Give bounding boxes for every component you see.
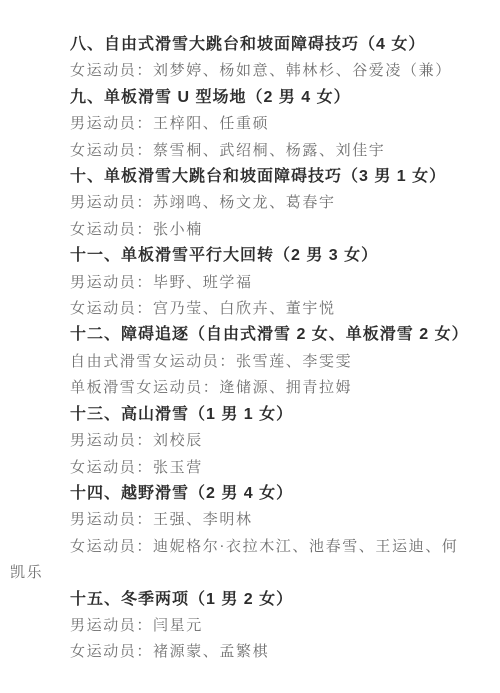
- section-heading: 十三、高山滑雪（1 男 1 女）: [10, 402, 492, 428]
- roster-line: 女运动员：刘梦婷、杨如意、韩林杉、谷爱凌（兼）: [10, 58, 492, 84]
- roster-line: 女运动员：蔡雪桐、武绍桐、杨露、刘佳宇: [10, 138, 492, 164]
- roster-line: 单板滑雪女运动员：逄储源、拥青拉姆: [10, 375, 492, 401]
- roster-line: 女运动员：张小楠: [10, 217, 492, 243]
- section-heading: 十四、越野滑雪（2 男 4 女）: [10, 481, 492, 507]
- roster-line-continuation: 凯乐: [10, 560, 492, 586]
- roster-line: 男运动员：毕野、班学福: [10, 270, 492, 296]
- roster-line: 男运动员：苏翊鸣、杨文龙、葛春宇: [10, 190, 492, 216]
- section-heading: 十一、单板滑雪平行大回转（2 男 3 女）: [10, 243, 492, 269]
- athlete-roster-document: 八、自由式滑雪大跳台和坡面障碍技巧（4 女）女运动员：刘梦婷、杨如意、韩林杉、谷…: [0, 0, 500, 693]
- roster-line: 自由式滑雪女运动员：张雪莲、李雯雯: [10, 349, 492, 375]
- section-heading: 八、自由式滑雪大跳台和坡面障碍技巧（4 女）: [10, 32, 492, 58]
- document-page: 八、自由式滑雪大跳台和坡面障碍技巧（4 女）女运动员：刘梦婷、杨如意、韩林杉、谷…: [0, 0, 500, 693]
- section-heading: 十、单板滑雪大跳台和坡面障碍技巧（3 男 1 女）: [10, 164, 492, 190]
- roster-line: 女运动员：迪妮格尔·衣拉木江、池春雪、王运迪、何: [10, 534, 492, 560]
- roster-line: 男运动员：王梓阳、任重硕: [10, 111, 492, 137]
- section-heading: 十二、障碍追逐（自由式滑雪 2 女、单板滑雪 2 女）: [10, 322, 492, 348]
- section-heading: 十五、冬季两项（1 男 2 女）: [10, 587, 492, 613]
- roster-line: 男运动员：闫星元: [10, 613, 492, 639]
- roster-line: 女运动员：张玉营: [10, 455, 492, 481]
- roster-line: 男运动员：刘校辰: [10, 428, 492, 454]
- section-heading: 九、单板滑雪 U 型场地（2 男 4 女）: [10, 85, 492, 111]
- roster-line: 女运动员：褚源蒙、孟繁棋: [10, 639, 492, 665]
- roster-line: 女运动员：宫乃莹、白欣卉、董宇悦: [10, 296, 492, 322]
- roster-line: 男运动员：王强、李明林: [10, 507, 492, 533]
